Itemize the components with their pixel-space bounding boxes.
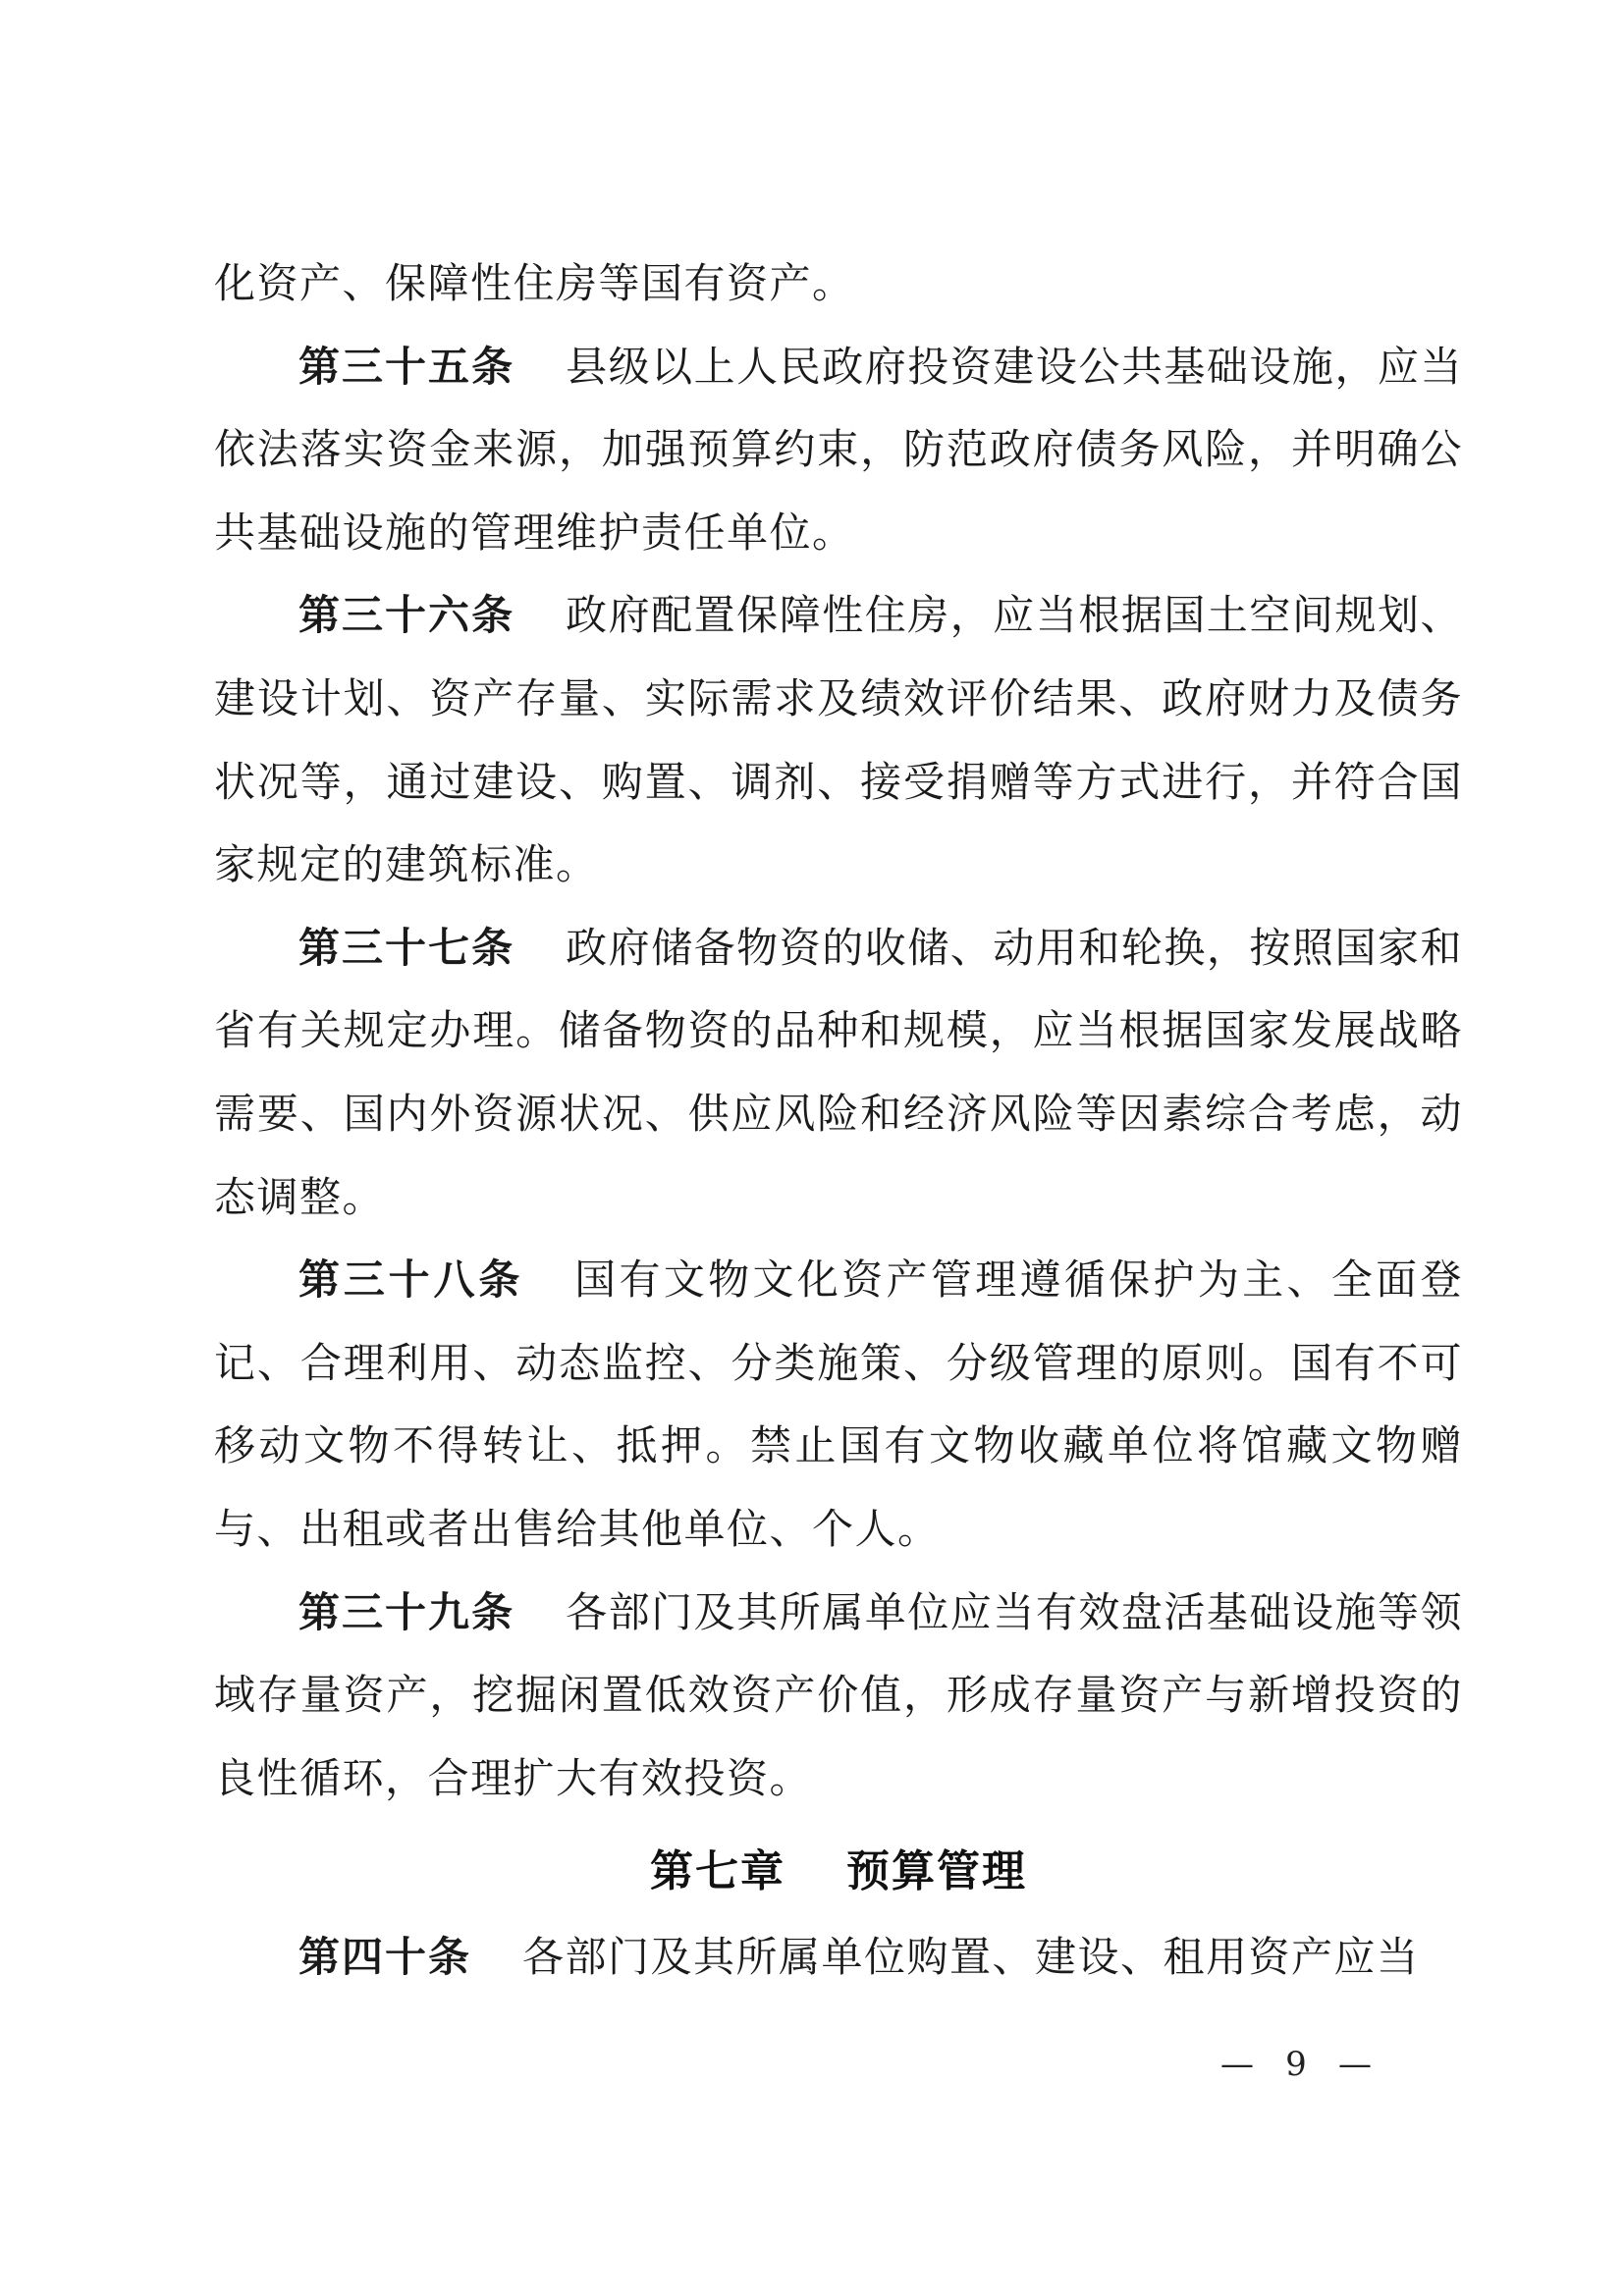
continuation-text: 化资产、保障性住房等国有资产。 bbox=[214, 259, 855, 307]
article-paragraph-39: 第三十九条各部门及其所属单位应当有效盘活基础设施等领域存量资产，挖掘闲置低效资产… bbox=[214, 1572, 1463, 1821]
page-number-value: 9 bbox=[1285, 2046, 1307, 2083]
article-paragraph-38: 第三十八条国有文物文化资产管理遵循保护为主、全面登记、合理利用、动态监控、分类施… bbox=[214, 1239, 1463, 1571]
page-number-dash-left: — bbox=[1220, 2046, 1254, 2083]
paragraph-continuation: 化资产、保障性住房等国有资产。 bbox=[214, 242, 1463, 326]
article-37-label: 第三十七条 bbox=[298, 924, 514, 972]
chapter-heading: 第七章预算管理 bbox=[214, 1828, 1463, 1916]
document-page: 化资产、保障性住房等国有资产。 第三十五条县级以上人民政府投资建设公共基础设施，… bbox=[0, 0, 1624, 2296]
page-number-dash-right: — bbox=[1338, 2046, 1372, 2083]
article-paragraph-36: 第三十六条政府配置保障性住房，应当根据国土空间规划、建设计划、资产存量、实际需求… bbox=[214, 574, 1463, 906]
chapter-title: 预算管理 bbox=[846, 1846, 1027, 1896]
chapter-number: 第七章 bbox=[650, 1846, 785, 1896]
article-36-label: 第三十六条 bbox=[298, 591, 514, 639]
document-body: 化资产、保障性住房等国有资产。 第三十五条县级以上人民政府投资建设公共基础设施，… bbox=[214, 242, 1463, 2000]
article-paragraph-37: 第三十七条政府储备物资的收储、动用和轮换，按照国家和省有关规定办理。储备物资的品… bbox=[214, 907, 1463, 1239]
article-40-label: 第四十条 bbox=[298, 1933, 471, 1981]
article-35-label: 第三十五条 bbox=[298, 343, 514, 391]
article-paragraph-40: 第四十条各部门及其所属单位购置、建设、租用资产应当 bbox=[214, 1916, 1463, 2000]
article-39-label: 第三十九条 bbox=[298, 1588, 514, 1636]
article-40-text: 各部门及其所属单位购置、建设、租用资产应当 bbox=[522, 1933, 1420, 1981]
article-paragraph-35: 第三十五条县级以上人民政府投资建设公共基础设施，应当依法落实资金来源，加强预算约… bbox=[214, 326, 1463, 575]
page-number: — 9 — bbox=[1220, 2046, 1372, 2083]
article-38-label: 第三十八条 bbox=[298, 1255, 523, 1304]
